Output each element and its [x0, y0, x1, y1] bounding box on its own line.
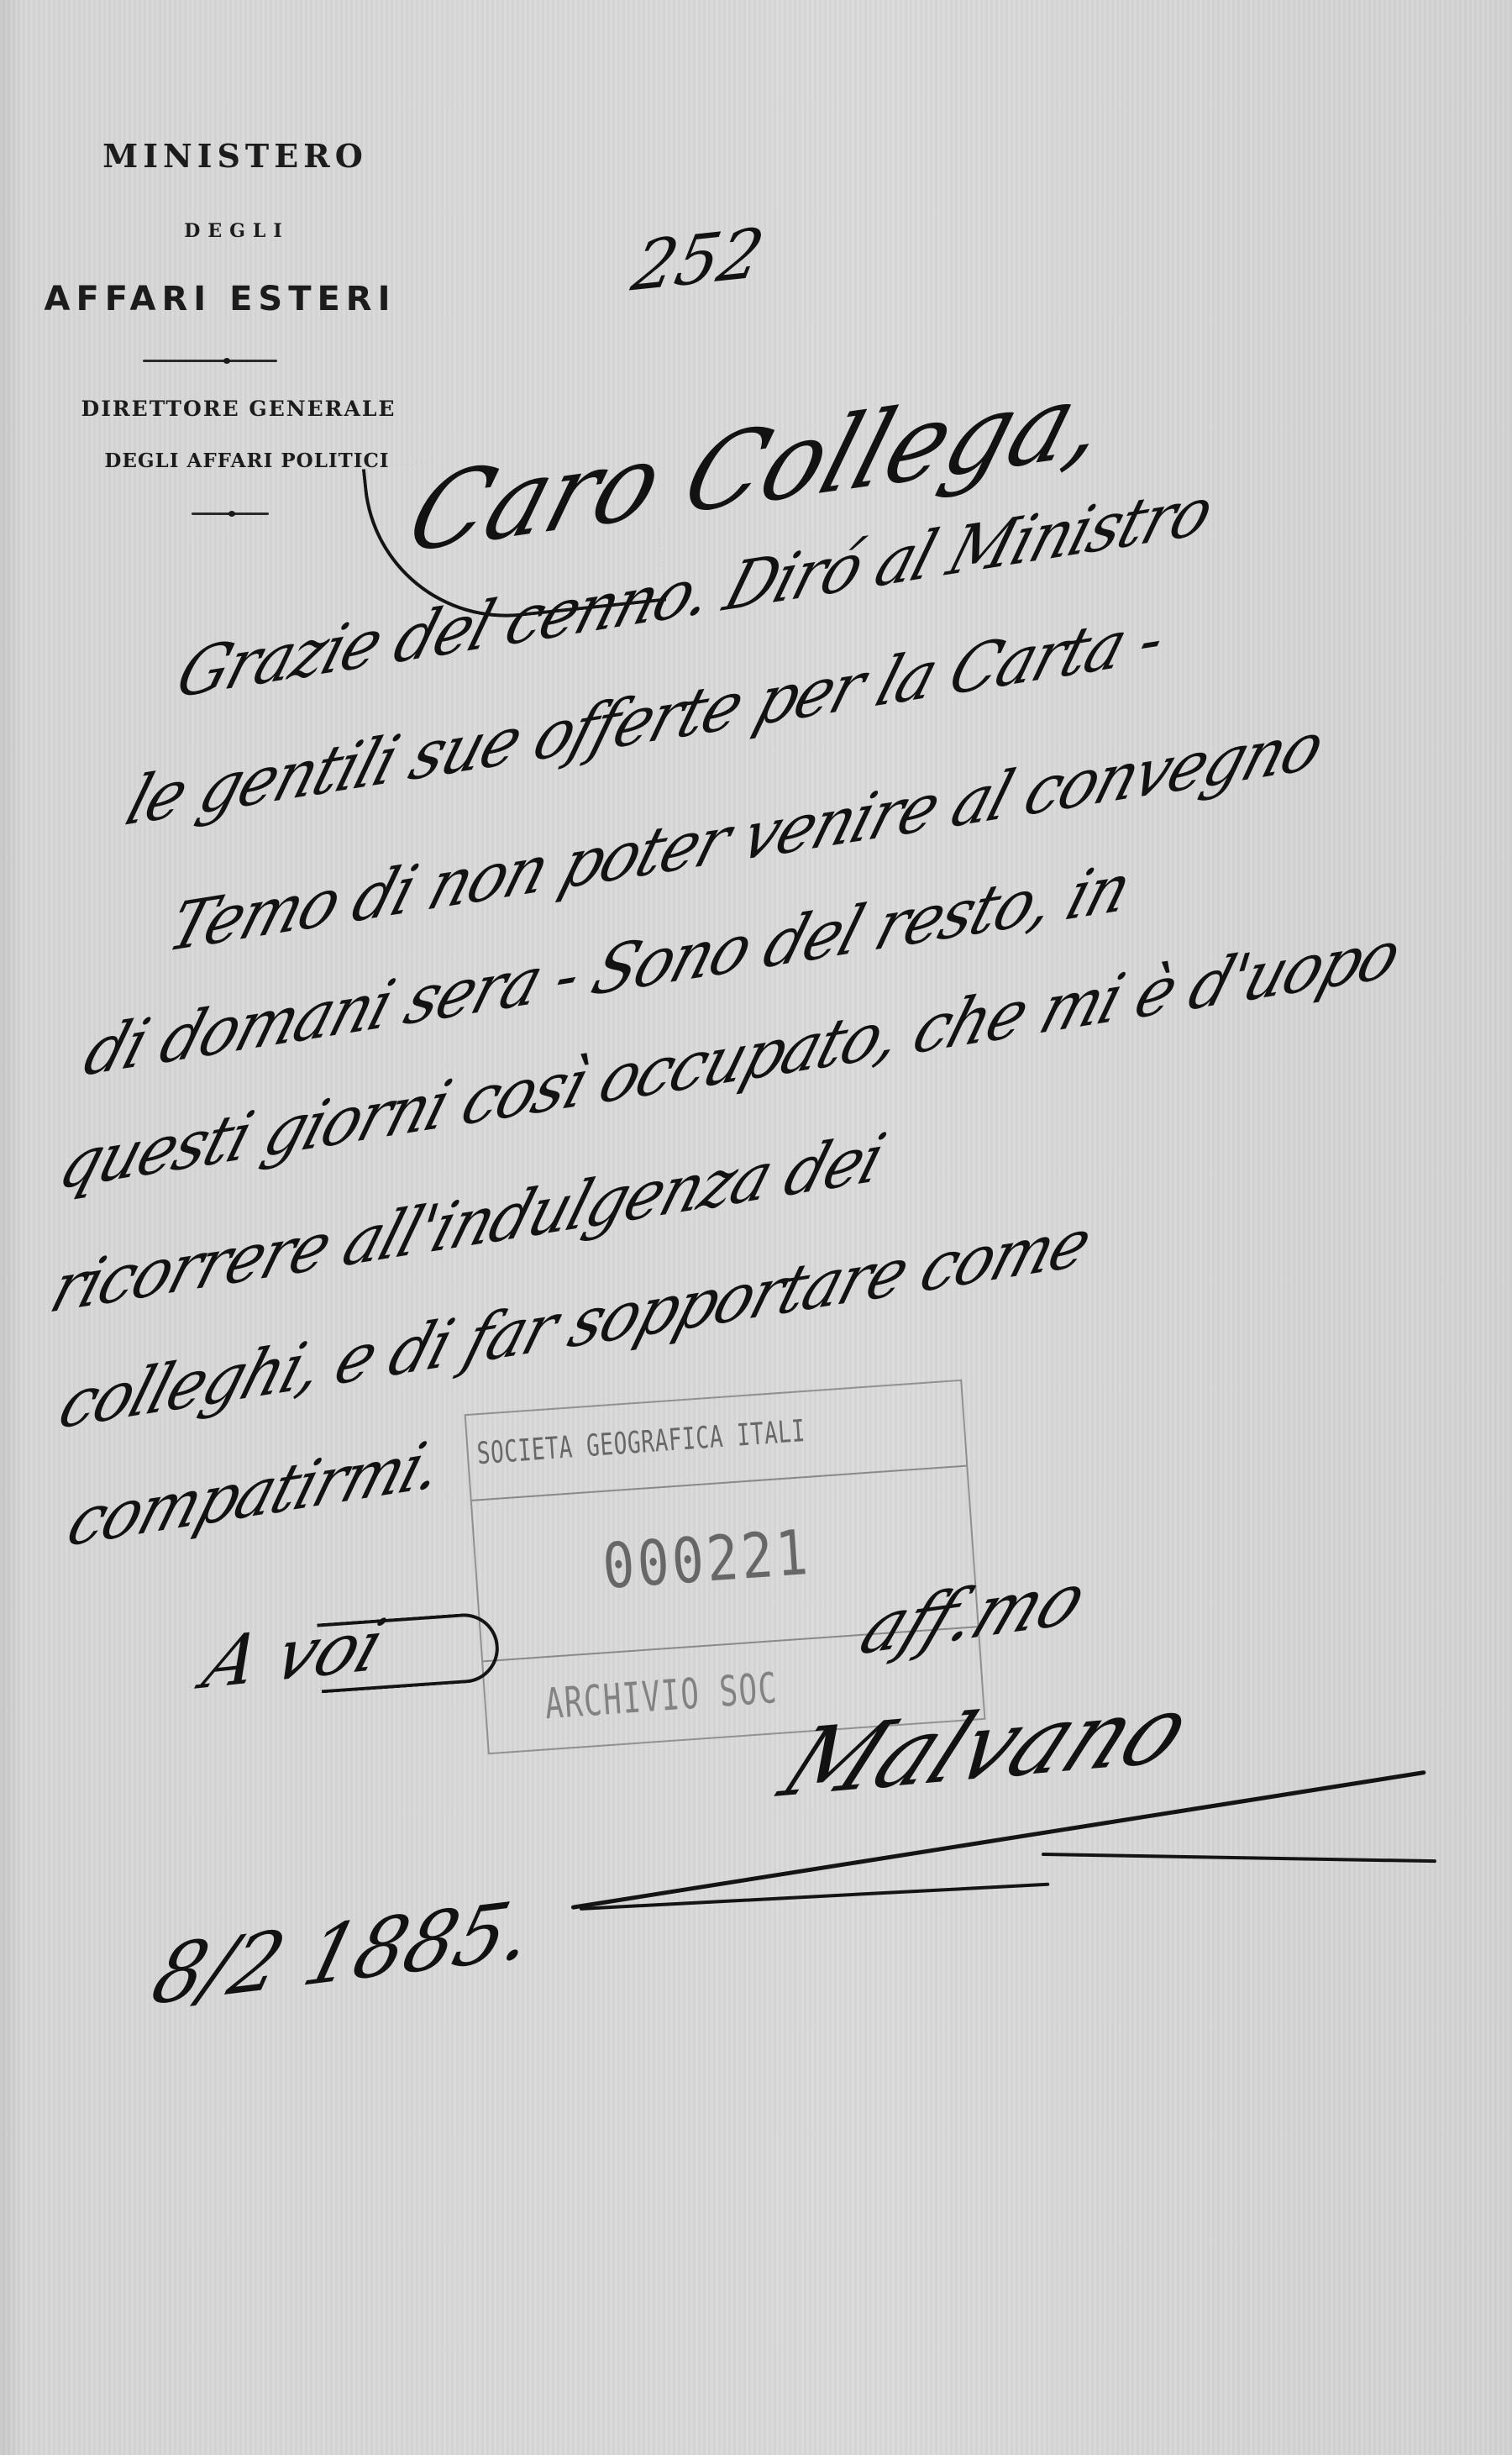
stamp-archive-number: 000221 [601, 1517, 813, 1603]
archive-stamp: SOCIETA GEOGRAFICA ITALI 000221 ARCHIVIO… [465, 1380, 986, 1754]
letterhead-degli: DEGLI [10, 220, 464, 242]
closing-flourish [317, 1611, 501, 1694]
stamp-archive-label: ARCHIVIO SOC [543, 1664, 780, 1728]
reference-number: 252 [626, 213, 770, 307]
letterhead-director-general: DIRETTORE GENERALE [12, 397, 465, 421]
stamp-divider [472, 1465, 967, 1501]
letterhead-rule-1 [143, 360, 277, 362]
letterhead-foreign-affairs: AFFARI ESTERI [0, 280, 447, 318]
letterhead-ministry: MINISTERO [8, 137, 462, 175]
stamp-society-name: SOCIETA GEOGRAFICA ITALI [475, 1414, 806, 1471]
letterhead-rule-2 [192, 513, 269, 515]
